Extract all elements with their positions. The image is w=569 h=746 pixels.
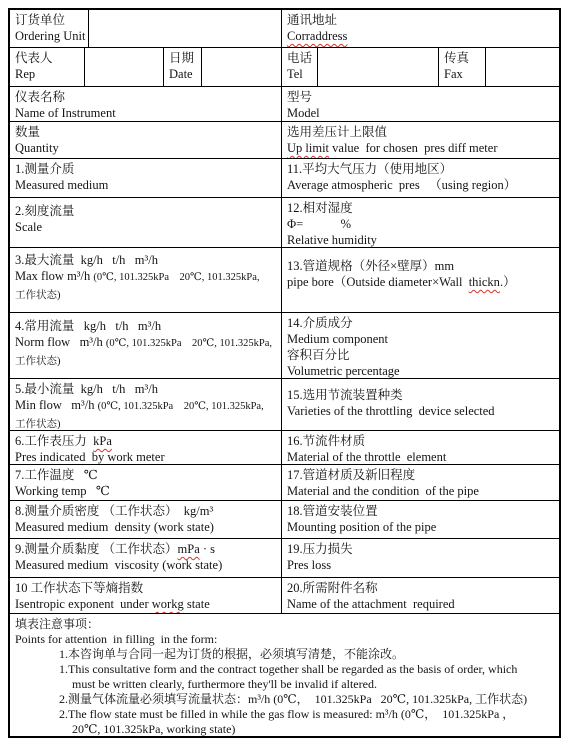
item-text: 18.管道安装位置 [287,503,556,519]
instrument-name-en: Name of Instrument [15,105,278,121]
ordering-unit-label-en: Ordering Unit [15,28,85,44]
note-2-en: 2.The flow state must be filled in while… [15,707,555,722]
row-item-8-18: 8.测量介质密度 （工作状态） kg/m³ Measured medium de… [10,501,559,539]
item-text: 13.管道规格（外径×壁厚）mm [287,258,556,274]
item-text: Mounting position of the pipe [287,519,556,535]
row-item-10-20: 10 工作状态下等熵指数 Isentropic exponent under w… [10,578,559,614]
item-1-measured-medium: 1.测量介质 Measured medium [10,159,281,197]
quantity-cell: 数量 Quantity [10,122,281,158]
row-instrument-model: 仪表名称 Name of Instrument 型号 Model [10,87,559,122]
note-2-en-cont: 20℃, 101.325kPa, working state) [15,722,555,736]
item-text: Measured medium [15,177,278,193]
item-text: Relative humidity [287,232,556,247]
item-4-norm-flow: 4.常用流量 kg/h t/h m³/h Norm flow m³/h (0℃,… [10,313,281,378]
fax-label-en: Fax [444,66,482,82]
rep-label-zh: 代表人 [15,50,81,66]
item-text: 17.管道材质及新旧程度 [287,467,556,483]
item-text: 3.最大流量 kg/h t/h m³/h [15,252,278,268]
item-13-pipe-bore: 13.管道规格（外径×壁厚）mm pipe bore（Outside diame… [282,248,559,312]
tel-label-en: Tel [287,66,314,82]
item-text: 15.选用节流装置种类 [287,387,556,403]
item-text: Average atmospheric pres （using region） [287,177,556,193]
row-item-7-17: 7.工作温度 ℃ Working temp ℃ 17.管道材质及新旧程度 Mat… [10,465,559,501]
item-text: Pres indicated by work meter [15,449,278,464]
fax-label-zh: 传真 [444,50,482,66]
rep-label: 代表人 Rep [10,48,85,86]
item-text: 14.介质成分 [287,315,556,331]
item-text: 工作状态) [15,415,278,430]
row-item-9-19: 9.测量介质黏度 （工作状态）mPa · s Measured medium v… [10,539,559,578]
item-text: Varieties of the throttling device selec… [287,403,556,419]
item-text: Max flow m³/h (0℃, 101.325kPa 20℃, 101.3… [15,268,278,286]
row-quantity-dplimit: 数量 Quantity 选用差压计上限值 Up limit value for … [10,122,559,159]
item-text: Scale [15,219,278,235]
ordering-unit-value [89,10,281,47]
item-text: 容积百分比 [287,347,556,363]
dp-limit-cell: 选用差压计上限值 Up limit value for chosen pres … [282,122,559,158]
ordering-unit-label-zh: 订货单位 [15,12,85,28]
item-text: Min flow m³/h (0℃, 101.325kPa 20℃, 101.3… [15,397,278,415]
instrument-name-cell: 仪表名称 Name of Instrument [10,87,281,121]
item-text: 20.所需附件名称 [287,580,556,596]
dp-limit-label-en: Up limit value for chosen pres diff mete… [287,140,556,156]
corr-address-label-en: Corraddress [287,28,556,44]
dp-limit-label-zh: 选用差压计上限值 [287,124,556,140]
corr-address-cell: 通讯地址 Corraddress [282,10,559,47]
item-text: Measured medium density (work state) [15,519,278,535]
item-12-relative-humidity: 12.相对湿度 Φ= % Relative humidity [282,198,559,247]
row-item-3-13: 3.最大流量 kg/h t/h m³/h Max flow m³/h (0℃, … [10,248,559,313]
item-19-pressure-loss: 19.压力损失 Pres loss [282,539,559,577]
item-text: 7.工作温度 ℃ [15,467,278,483]
item-text: 4.常用流量 kg/h t/h m³/h [15,318,278,334]
item-11-atmospheric-pressure: 11.平均大气压力（使用地区） Average atmospheric pres… [282,159,559,197]
item-text: 5.最小流量 kg/h t/h m³/h [15,381,278,397]
note-1-zh: 1.本咨询单与合同一起为订货的根据，必须填写清楚，不能涂改。 [15,647,555,662]
item-16-throttle-material: 16.节流件材质 Material of the throttle elemen… [282,431,559,464]
date-label-en: Date [169,66,198,82]
row-item-1-11: 1.测量介质 Measured medium 11.平均大气压力（使用地区） A… [10,159,559,198]
item-text: 工作状态) [15,286,278,304]
row-item-6-16: 6.工作表压力 kPa Pres indicated by work meter… [10,431,559,465]
item-text: Φ= % [287,216,556,232]
model-label-en: Model [287,105,556,121]
note-2-zh: 2.测量气体流量必须填写流量状态：m³/h (0℃， 101.325kPa 20… [15,692,555,707]
item-17-pipe-material: 17.管道材质及新旧程度 Material and the condition … [282,465,559,500]
item-text: 8.测量介质密度 （工作状态） kg/m³ [15,503,278,519]
item-text: Measured medium viscosity (work state) [15,557,278,573]
item-text: 11.平均大气压力（使用地区） [287,161,556,177]
item-text: Pres loss [287,557,556,573]
date-label-zh: 日期 [169,50,198,66]
item-text: 10 工作状态下等熵指数 [15,580,278,596]
item-5-min-flow: 5.最小流量 kg/h t/h m³/h Min flow m³/h (0℃, … [10,379,281,430]
notes-title-en: Points for attention in filling in the f… [15,632,555,647]
notes-section: 填表注意事项： Points for attention in filling … [10,614,559,736]
item-9-medium-viscosity: 9.测量介质黏度 （工作状态）mPa · s Measured medium v… [10,539,281,577]
item-10-isentropic-exponent: 10 工作状态下等熵指数 Isentropic exponent under w… [10,578,281,613]
quantity-label-en: Quantity [15,140,278,156]
tel-label: 电话 Tel [282,48,318,86]
item-text: Working temp ℃ [15,483,278,499]
item-20-attachment-name: 20.所需附件名称 Name of the attachment require… [282,578,559,613]
item-7-working-temp: 7.工作温度 ℃ Working temp ℃ [10,465,281,500]
tel-label-zh: 电话 [287,50,314,66]
row-rep-date-tel-fax: 代表人 Rep 日期 Date 电话 Tel 传真 Fax [10,48,559,87]
date-value [202,48,281,86]
model-label-zh: 型号 [287,89,556,105]
fax-value [486,48,559,86]
corr-address-label-zh: 通讯地址 [287,12,556,28]
item-text: 2.刻度流量 [15,203,278,219]
fax-label: 传真 Fax [439,48,486,86]
item-text: 12.相对湿度 [287,200,556,216]
order-form-table: 订货单位 Ordering Unit 通讯地址 Corraddress 代表人 … [8,8,561,738]
rep-value [85,48,164,86]
item-text: Norm flow m³/h (0℃, 101.325kPa 20℃, 101.… [15,334,278,352]
item-text: 16.节流件材质 [287,433,556,449]
item-text: 工作状态) [15,352,278,370]
notes-title-zh: 填表注意事项： [15,617,555,632]
item-text: Isentropic exponent under workg state [15,596,278,612]
item-text: Medium component [287,331,556,347]
item-text: 9.测量介质黏度 （工作状态）mPa · s [15,541,278,557]
item-text: pipe bore（Outside diameter×Wall thickn.） [287,274,556,290]
rep-label-en: Rep [15,66,81,82]
item-text: Volumetric percentage [287,363,556,378]
item-18-mounting-position: 18.管道安装位置 Mounting position of the pipe [282,501,559,538]
note-1-en-cont: must be written clearly, furthermore the… [15,677,555,692]
row-ordering-unit: 订货单位 Ordering Unit 通讯地址 Corraddress [10,10,559,48]
item-3-max-flow: 3.最大流量 kg/h t/h m³/h Max flow m³/h (0℃, … [10,248,281,312]
date-label: 日期 Date [164,48,202,86]
item-text: 19.压力损失 [287,541,556,557]
item-text: 1.测量介质 [15,161,278,177]
item-8-medium-density: 8.测量介质密度 （工作状态） kg/m³ Measured medium de… [10,501,281,538]
item-text: 6.工作表压力 kPa [15,433,278,449]
item-15-throttling-device: 15.选用节流装置种类 Varieties of the throttling … [282,379,559,430]
row-item-5-15: 5.最小流量 kg/h t/h m³/h Min flow m³/h (0℃, … [10,379,559,431]
item-6-work-pressure: 6.工作表压力 kPa Pres indicated by work meter [10,431,281,464]
item-14-medium-component: 14.介质成分 Medium component 容积百分比 Volumetri… [282,313,559,378]
tel-value [318,48,439,86]
item-text: Name of the attachment required [287,596,556,612]
model-cell: 型号 Model [282,87,559,121]
order-form-page: 订货单位 Ordering Unit 通讯地址 Corraddress 代表人 … [0,0,569,746]
instrument-name-zh: 仪表名称 [15,89,278,105]
quantity-label-zh: 数量 [15,124,278,140]
item-text: Material and the condition of the pipe [287,483,556,499]
row-item-2-12: 2.刻度流量 Scale 12.相对湿度 Φ= % Relative humid… [10,198,559,248]
item-2-scale: 2.刻度流量 Scale [10,198,281,247]
note-1-en: 1.This consultative form and the contrac… [15,662,555,677]
ordering-unit-label: 订货单位 Ordering Unit [10,10,89,47]
item-text: Material of the throttle element [287,449,556,464]
row-item-4-14: 4.常用流量 kg/h t/h m³/h Norm flow m³/h (0℃,… [10,313,559,379]
